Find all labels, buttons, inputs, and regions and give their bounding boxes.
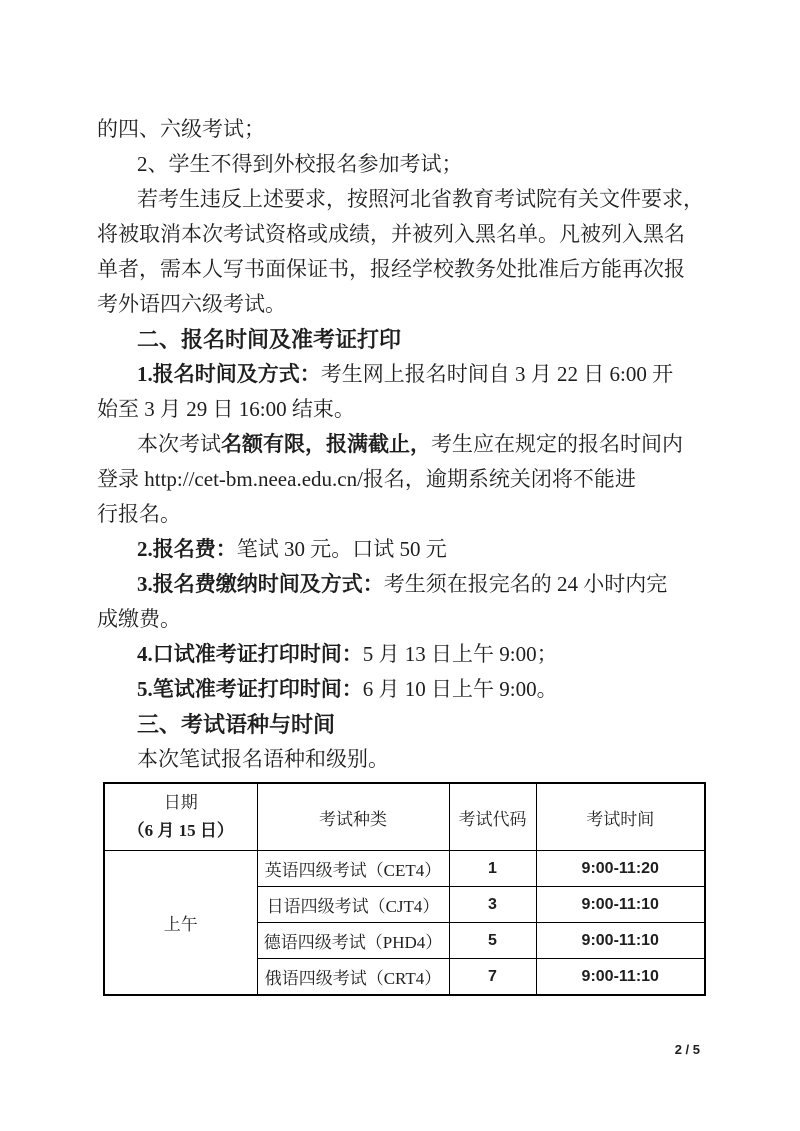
doc-line: 考外语四六级考试。 bbox=[97, 287, 711, 322]
run-in-label: 5.笔试准考证打印时间： bbox=[137, 677, 363, 701]
text-segment: 始至 3 月 29 日 16:00 结束。 bbox=[97, 397, 355, 421]
text-segment: 行报名。 bbox=[97, 502, 181, 526]
cell-exam-type: 日语四级考试（CJT4） bbox=[257, 887, 449, 923]
doc-line: 本次考试名额有限，报满截止，考生应在规定的报名时间内 bbox=[97, 427, 711, 462]
doc-line: 2.报名费：笔试 30 元。口试 50 元 bbox=[97, 532, 711, 567]
heading-text: 三、考试语种与时间 bbox=[137, 712, 335, 737]
run-in-label: 4.口试准考证打印时间： bbox=[137, 642, 363, 666]
doc-line: 将被取消本次考试资格或成绩，并被列入黑名单。凡被列入黑名 bbox=[97, 217, 711, 252]
text-segment: 单者，需本人写书面保证书，报经学校教务处批准后方能再次报 bbox=[97, 257, 685, 281]
cell-exam-code: 5 bbox=[449, 923, 536, 959]
heading-text: 二、报名时间及准考证打印 bbox=[137, 327, 401, 352]
cell-exam-code: 7 bbox=[449, 959, 536, 996]
text-segment: 登录 http://cet-bm.neea.edu.cn/报名，逾期系统关闭将不… bbox=[97, 467, 636, 491]
text-segment: 2、学生不得到外校报名参加考试； bbox=[137, 152, 463, 176]
cell-exam-time: 9:00-11:10 bbox=[536, 923, 705, 959]
text-segment: 本次笔试报名语种和级别。 bbox=[137, 747, 389, 771]
cell-exam-type: 俄语四级考试（CRT4） bbox=[257, 959, 449, 996]
th-date-line1: 日期 bbox=[105, 789, 257, 817]
doc-line: 始至 3 月 29 日 16:00 结束。 bbox=[97, 392, 711, 427]
cell-exam-time: 9:00-11:10 bbox=[536, 887, 705, 923]
doc-line: 成缴费。 bbox=[97, 602, 711, 637]
text-segment: 笔试 30 元。口试 50 元 bbox=[237, 537, 447, 561]
run-in-label: 2.报名费： bbox=[137, 537, 237, 561]
doc-line: 行报名。 bbox=[97, 497, 711, 532]
text-segment: 6 月 10 日上午 9:00。 bbox=[363, 677, 558, 701]
cell-exam-code: 1 bbox=[449, 851, 536, 887]
th-exam-kind: 考试种类 bbox=[257, 783, 449, 851]
text-segment: 考外语四六级考试。 bbox=[97, 292, 286, 316]
table-row: 上午 英语四级考试（CET4） 1 9:00-11:20 bbox=[104, 851, 705, 887]
cell-exam-type: 德语四级考试（PHD4） bbox=[257, 923, 449, 959]
text-segment: 成缴费。 bbox=[97, 607, 181, 631]
text-segment: 将被取消本次考试资格或成绩，并被列入黑名单。凡被列入黑名 bbox=[97, 222, 685, 246]
table-header-row: 日期 （6 月 15 日） 考试种类 考试代码 考试时间 bbox=[104, 783, 705, 851]
exam-schedule-table: 日期 （6 月 15 日） 考试种类 考试代码 考试时间 上午 英语四级考试（C… bbox=[103, 782, 706, 996]
doc-line: 2、学生不得到外校报名参加考试； bbox=[97, 147, 711, 182]
cell-exam-time: 9:00-11:10 bbox=[536, 959, 705, 996]
doc-line-with-url: 登录 http://cet-bm.neea.edu.cn/报名，逾期系统关闭将不… bbox=[97, 462, 711, 497]
text-segment: 本次考试 bbox=[137, 432, 221, 456]
text-segment: 5 月 13 日上午 9:00； bbox=[363, 642, 558, 666]
cell-exam-time: 9:00-11:20 bbox=[536, 851, 705, 887]
doc-line: 本次笔试报名语种和级别。 bbox=[97, 742, 711, 777]
document-body: 的四、六级考试； 2、学生不得到外校报名参加考试； 若考生违反上述要求，按照河北… bbox=[97, 112, 711, 777]
doc-line: 4.口试准考证打印时间：5 月 13 日上午 9:00； bbox=[97, 637, 711, 672]
cell-period: 上午 bbox=[104, 851, 257, 996]
doc-line: 的四、六级考试； bbox=[97, 112, 711, 147]
run-in-label: 3.报名费缴纳时间及方式： bbox=[137, 572, 384, 596]
section-heading-languages: 三、考试语种与时间 bbox=[97, 707, 711, 742]
emphasis-text: 名额有限，报满截止， bbox=[221, 432, 431, 456]
text-segment: 的四、六级考试； bbox=[97, 117, 265, 141]
doc-line: 若考生违反上述要求，按照河北省教育考试院有关文件要求， bbox=[97, 182, 711, 217]
th-exam-time: 考试时间 bbox=[536, 783, 705, 851]
text-segment: 考生须在报完名的 24 小时内完 bbox=[384, 572, 668, 596]
cell-exam-type: 英语四级考试（CET4） bbox=[257, 851, 449, 887]
text-segment: 若考生违反上述要求，按照河北省教育考试院有关文件要求， bbox=[137, 187, 704, 211]
doc-line: 1.报名时间及方式：考生网上报名时间自 3 月 22 日 6:00 开 bbox=[97, 357, 711, 392]
run-in-label: 1.报名时间及方式： bbox=[137, 362, 321, 386]
th-date: 日期 （6 月 15 日） bbox=[104, 783, 257, 851]
doc-line: 3.报名费缴纳时间及方式：考生须在报完名的 24 小时内完 bbox=[97, 567, 711, 602]
text-segment: 考生应在规定的报名时间内 bbox=[431, 432, 683, 456]
th-exam-code: 考试代码 bbox=[449, 783, 536, 851]
doc-line: 单者，需本人写书面保证书，报经学校教务处批准后方能再次报 bbox=[97, 252, 711, 287]
page-number: 2 / 5 bbox=[640, 1042, 700, 1057]
doc-line: 5.笔试准考证打印时间：6 月 10 日上午 9:00。 bbox=[97, 672, 711, 707]
text-segment: 考生网上报名时间自 3 月 22 日 6:00 开 bbox=[321, 362, 673, 386]
cell-exam-code: 3 bbox=[449, 887, 536, 923]
th-date-line2: （6 月 15 日） bbox=[105, 817, 257, 845]
section-heading-registration: 二、报名时间及准考证打印 bbox=[97, 322, 711, 357]
